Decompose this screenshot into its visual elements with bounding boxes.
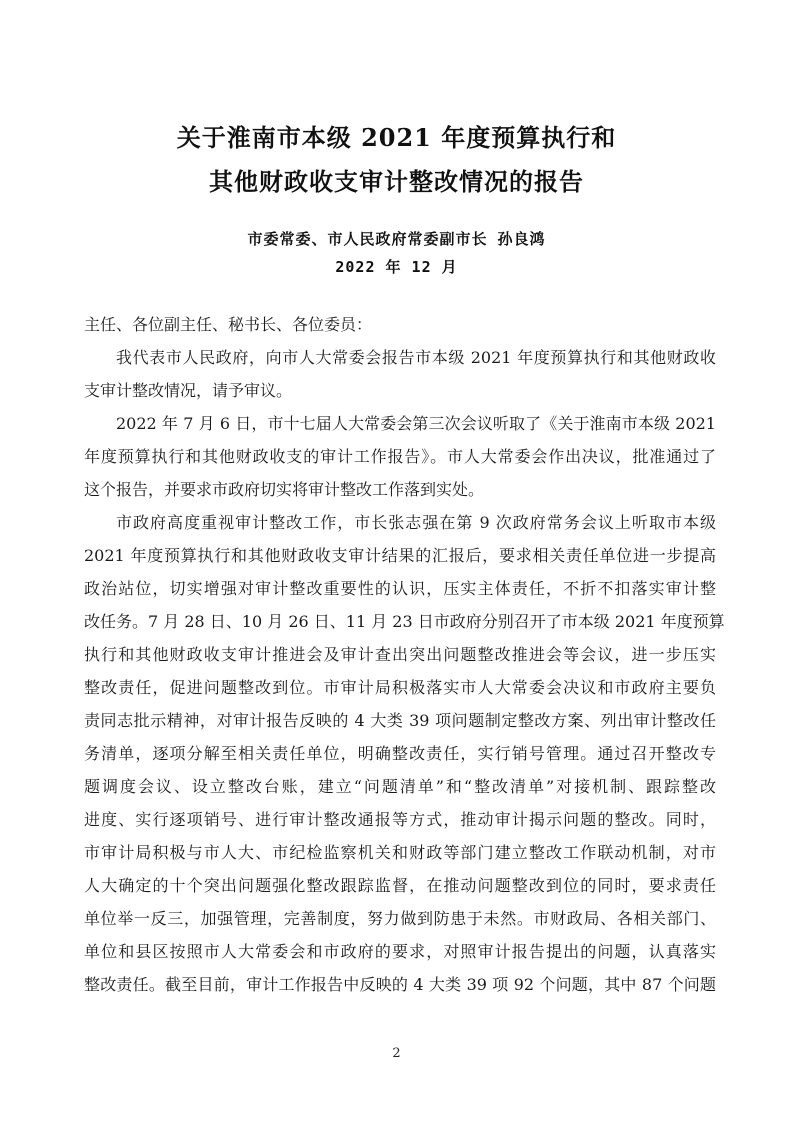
paragraph-3-line-12: 人大确定的十个突出问题强化整改跟踪监督，在推动问题整改到位的同时，要求责任 bbox=[84, 869, 716, 902]
paragraph-3-line-10: 进度、实行逐项销号、进行审计整改通报等方式，推动审计揭示问题的整改。同时， bbox=[84, 803, 716, 836]
paragraph-1-line-1: 我代表市人民政府，向市人大常委会报告市本级 2021 年度预算执行和其他财政收 bbox=[84, 341, 716, 374]
paragraph-2-line-2: 年度预算执行和其他财政收支的审计工作报告》。市人大常委会作出决议，批准通过了 bbox=[84, 440, 716, 473]
paragraph-3-line-15: 整改责任。截至目前，审计工作报告中反映的 4 大类 39 项 92 个问题，其中… bbox=[84, 968, 716, 1001]
paragraph-2-line-1: 2022 年 7 月 6 日，市十七届人大常委会第三次会议听取了《关于淮南市本级… bbox=[84, 407, 716, 440]
paragraph-3-line-14: 单位和县区按照市人大常委会和市政府的要求，对照审计报告提出的问题，认真落实 bbox=[84, 935, 716, 968]
paragraph-3-line-2: 2021 年度预算执行和其他财政收支审计结果的汇报后，要求相关责任单位进一步提高 bbox=[84, 539, 716, 572]
paragraph-3-line-4: 改任务。7 月 28 日、10 月 26 日、11 月 23 日市政府分别召开了… bbox=[84, 605, 716, 638]
paragraph-3-line-5: 执行和其他财政收支审计推进会及审计查出突出问题整改推进会等会议，进一步压实 bbox=[84, 638, 716, 671]
report-title-line-2: 其他财政收支审计整改情况的报告 bbox=[0, 162, 793, 197]
report-title-line-1: 关于淮南市本级 2021 年度预算执行和 bbox=[0, 118, 793, 153]
paragraph-3-line-7: 责同志批示精神，对审计报告反映的 4 大类 39 项问题制定整改方案、列出审计整… bbox=[84, 704, 716, 737]
report-body: 主任、各位副主任、秘书长、各位委员： 我代表市人民政府，向市人大常委会报告市本级… bbox=[84, 308, 716, 1001]
report-date: 2022 年 12 月 bbox=[0, 256, 793, 277]
report-author: 市委常委、市人民政府常委副市长 孙良鸿 bbox=[0, 228, 793, 249]
paragraph-3-line-8: 务清单，逐项分解至相关责任单位，明确整改责任，实行销号管理。通过召开整改专 bbox=[84, 737, 716, 770]
paragraph-3-line-6: 整改责任，促进问题整改到位。市审计局积极落实市人大常委会决议和市政府主要负 bbox=[84, 671, 716, 704]
paragraph-1-line-2: 支审计整改情况，请予审议。 bbox=[84, 374, 716, 407]
paragraph-3-line-11: 市审计局积极与市人大、市纪检监察机关和财政等部门建立整改工作联动机制，对市 bbox=[84, 836, 716, 869]
salutation: 主任、各位副主任、秘书长、各位委员： bbox=[84, 308, 716, 341]
paragraph-3-line-3: 政治站位，切实增强对审计整改重要性的认识，压实主体责任，不折不扣落实审计整 bbox=[84, 572, 716, 605]
paragraph-3-line-9: 题调度会议、设立整改台账，建立“问题清单”和“整改清单”对接机制、跟踪整改 bbox=[84, 770, 716, 803]
paragraph-2-line-3: 这个报告，并要求市政府切实将审计整改工作落到实处。 bbox=[84, 473, 716, 506]
paragraph-3-line-1: 市政府高度重视审计整改工作，市长张志强在第 9 次政府常务会议上听取市本级 bbox=[84, 506, 716, 539]
document-page: 关于淮南市本级 2021 年度预算执行和 其他财政收支审计整改情况的报告 市委常… bbox=[0, 0, 793, 1122]
paragraph-3-line-13: 单位举一反三，加强管理，完善制度，努力做到防患于未然。市财政局、各相关部门、 bbox=[84, 902, 716, 935]
page-number: 2 bbox=[0, 1046, 793, 1061]
